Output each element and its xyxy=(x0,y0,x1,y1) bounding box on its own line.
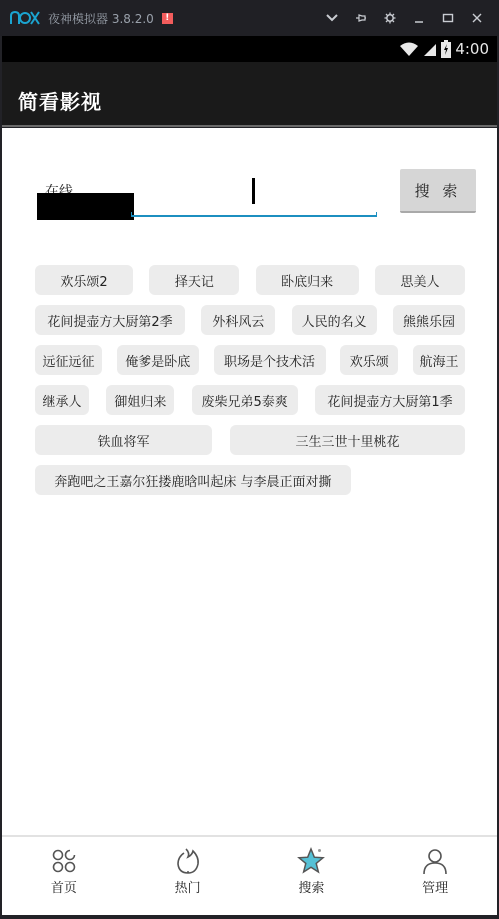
user-icon xyxy=(421,847,449,875)
tag-row: 花间提壶方大厨第2季 外科风云 人民的名义 熊熊乐园 xyxy=(35,305,465,335)
tag-item[interactable]: 欢乐颂 xyxy=(340,345,398,375)
tag-item[interactable]: 择天记 xyxy=(149,265,239,295)
nav-item-manage[interactable]: 管理 xyxy=(373,837,497,915)
tag-item[interactable]: 外科风云 xyxy=(201,305,275,335)
tag-item[interactable]: 花间提壶方大厨第2季 xyxy=(35,305,185,335)
tag-item[interactable]: 熊熊乐园 xyxy=(393,305,465,335)
tag-item[interactable]: 御姐归来 xyxy=(106,385,174,415)
star-icon xyxy=(297,847,325,875)
redacted-block xyxy=(37,193,134,220)
tag-item[interactable]: 人民的名义 xyxy=(292,305,377,335)
pin-icon[interactable] xyxy=(346,0,375,36)
gear-icon[interactable] xyxy=(375,0,404,36)
clock: 4:00 xyxy=(455,40,489,58)
nox-logo-icon xyxy=(10,11,40,25)
nav-label: 首页 xyxy=(51,877,77,896)
bottom-navigation: 首页 热门 搜索 管理 xyxy=(2,835,497,915)
text-cursor xyxy=(252,178,255,204)
search-row: 在线 搜 索 xyxy=(2,128,497,228)
tag-row: 铁血将军 三生三世十里桃花 xyxy=(35,425,465,455)
tag-item[interactable]: 俺爹是卧底 xyxy=(117,345,199,375)
nav-label: 热门 xyxy=(175,877,201,896)
flame-icon xyxy=(174,847,202,875)
tag-row: 远征远征 俺爹是卧底 职场是个技术活 欢乐颂 航海王 xyxy=(35,345,465,375)
alert-badge[interactable]: ! xyxy=(162,13,173,24)
hot-search-tags: 欢乐颂2 择天记 卧底归来 思美人 花间提壶方大厨第2季 外科风云 人民的名义 … xyxy=(35,265,465,505)
minimize-icon[interactable] xyxy=(404,0,433,36)
tag-item[interactable]: 花间提壶方大厨第1季 xyxy=(315,385,465,415)
tag-item[interactable]: 废柴兄弟5泰爽 xyxy=(192,385,298,415)
nav-label: 搜索 xyxy=(298,877,324,896)
tag-item[interactable]: 职场是个技术活 xyxy=(214,345,326,375)
tag-item[interactable]: 思美人 xyxy=(375,265,465,295)
tag-row: 继承人 御姐归来 废柴兄弟5泰爽 花间提壶方大厨第1季 xyxy=(35,385,465,415)
tag-item[interactable]: 航海王 xyxy=(413,345,465,375)
tag-item[interactable]: 奔跑吧之王嘉尔狂搂鹿晗叫起床 与李晨正面对撕 xyxy=(35,465,351,495)
home-grid-icon xyxy=(50,847,78,875)
tag-item[interactable]: 铁血将军 xyxy=(35,425,212,455)
app-title: 简看影视 xyxy=(18,86,102,115)
search-page: 在线 搜 索 欢乐颂2 择天记 卧底归来 思美人 花间提壶方大厨第2季 外科风云… xyxy=(2,128,497,835)
emulator-window: 夜神模拟器 3.8.2.0 ! xyxy=(0,0,499,919)
signal-icon xyxy=(423,41,437,57)
maximize-icon[interactable] xyxy=(433,0,462,36)
search-button[interactable]: 搜 索 xyxy=(400,169,476,213)
nav-item-home[interactable]: 首页 xyxy=(2,837,126,915)
tag-item[interactable]: 继承人 xyxy=(35,385,89,415)
tag-item[interactable]: 欢乐颂2 xyxy=(35,265,133,295)
battery-icon xyxy=(441,40,451,58)
tag-row: 奔跑吧之王嘉尔狂搂鹿晗叫起床 与李晨正面对撕 xyxy=(35,465,465,495)
tag-row: 欢乐颂2 择天记 卧底归来 思美人 xyxy=(35,265,465,295)
nav-item-hot[interactable]: 热门 xyxy=(126,837,250,915)
search-input-underline xyxy=(131,212,377,217)
nav-label: 管理 xyxy=(422,877,448,896)
chevron-down-icon[interactable] xyxy=(317,0,346,36)
emulator-title: 夜神模拟器 3.8.2.0 xyxy=(48,10,154,27)
app-bar: 简看影视 xyxy=(2,62,497,127)
wifi-icon xyxy=(399,41,419,57)
emulator-title-bar: 夜神模拟器 3.8.2.0 ! xyxy=(0,0,499,36)
android-status-bar: 4:00 xyxy=(2,36,497,62)
tag-item[interactable]: 远征远征 xyxy=(35,345,102,375)
close-icon[interactable] xyxy=(462,0,491,36)
tag-item[interactable]: 三生三世十里桃花 xyxy=(230,425,465,455)
nav-item-search[interactable]: 搜索 xyxy=(250,837,374,915)
tag-item[interactable]: 卧底归来 xyxy=(256,265,359,295)
